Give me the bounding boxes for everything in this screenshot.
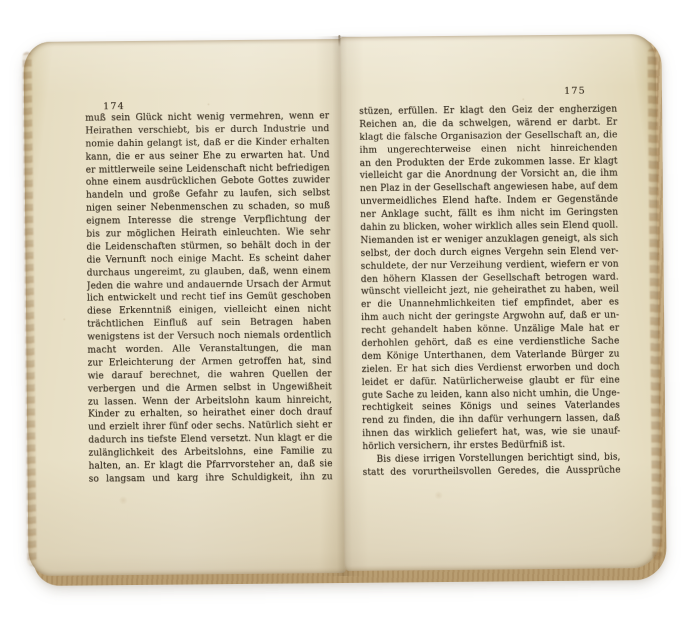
text-line: so langsam und karg ihre Schuldigkeit, i…	[89, 471, 333, 486]
photo-background: 174 175 muß sein Glück nicht wenig verme…	[0, 0, 700, 628]
text-line: ihnen das wirklich geliefert hat, was, w…	[362, 426, 620, 441]
left-deckle-edge	[23, 52, 37, 566]
text-line: statt des vorurtheilsvollen Geredes, die…	[363, 464, 621, 479]
left-page-text: muß sein Glück nicht wenig vermehren, we…	[85, 110, 333, 486]
page-number-right: 175	[550, 86, 600, 97]
right-page-text: stüzen, erfüllen. Er klagt den Geiz der …	[359, 103, 621, 479]
open-book: 174 175 muß sein Glück nicht wenig verme…	[23, 33, 660, 579]
gutter-top-notch	[338, 35, 340, 47]
page-number-left: 174	[103, 101, 125, 112]
